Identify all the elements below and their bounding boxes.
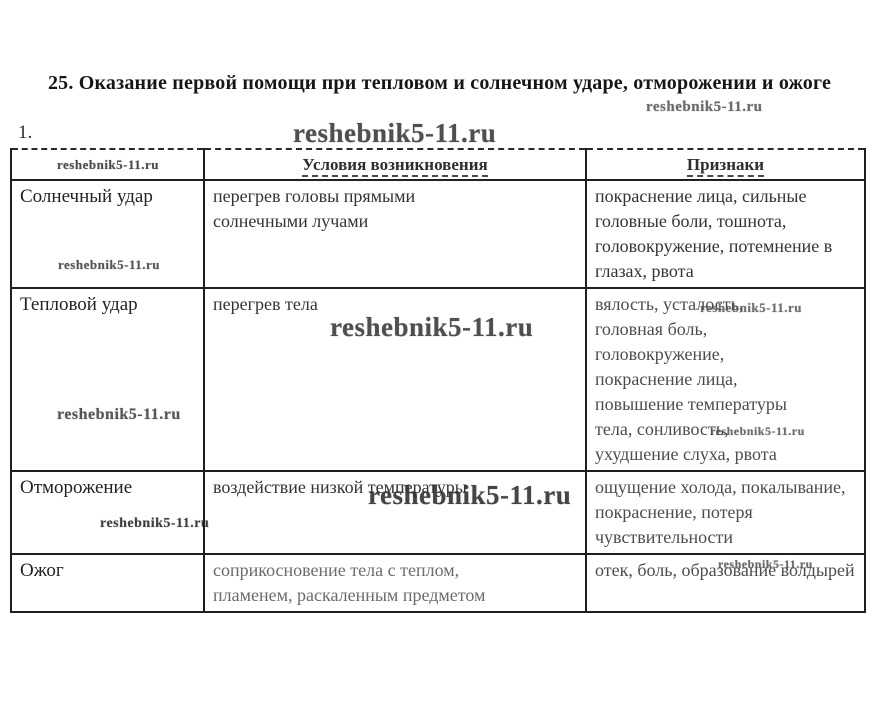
list-item-number: 1. <box>18 122 32 144</box>
causes-text: перегрев головы прямыми солнечными лучам… <box>213 184 468 234</box>
table-row-sunstroke: Солнечный удар перегрев головы прямыми с… <box>11 180 865 288</box>
signs-text: отек, боль, образование волдырей <box>595 560 855 580</box>
table-row-burn: Ожог соприкосновение тела с теплом, плам… <box>11 554 865 612</box>
condition-label: Отморожение <box>20 477 132 498</box>
header-label-signs: Признаки <box>687 155 764 177</box>
table-row-heatstroke: Тепловой удар перегрев тела вялость, уст… <box>11 288 865 471</box>
condition-label: Тепловой удар <box>20 294 138 315</box>
table-row-frostbite: Отморожение воздействие низкой температу… <box>11 471 865 554</box>
header-label-causes: Условия возникновения <box>302 155 487 177</box>
page-title: 25. Оказание первой помощи при тепловом … <box>12 72 867 95</box>
header-cell-condition <box>11 149 204 180</box>
causes-text: перегрев тела <box>213 294 318 314</box>
causes-text: соприкосновение тела с теплом, пламенем,… <box>213 558 513 608</box>
watermark: reshebnik5-11.ru <box>293 118 496 149</box>
watermark: reshebnik5-11.ru <box>646 99 763 116</box>
signs-text: покраснение лица, сильные головные боли,… <box>595 186 832 281</box>
condition-label: Солнечный удар <box>20 186 153 207</box>
signs-text: вялость, усталость, головная боль, голов… <box>595 292 807 467</box>
table-header-row: Условия возникновения Признаки <box>11 149 865 180</box>
causes-text: воздействие низкой температуры <box>213 477 467 497</box>
scanned-document-page: 25. Оказание первой помощи при тепловом … <box>0 0 877 708</box>
signs-text: ощущение холода, покалывание, покраснени… <box>595 477 846 547</box>
header-cell-causes: Условия возникновения <box>204 149 586 180</box>
first-aid-table: Условия возникновения Признаки Солнечный… <box>10 148 866 613</box>
condition-label: Ожог <box>20 560 64 581</box>
header-cell-signs: Признаки <box>586 149 865 180</box>
